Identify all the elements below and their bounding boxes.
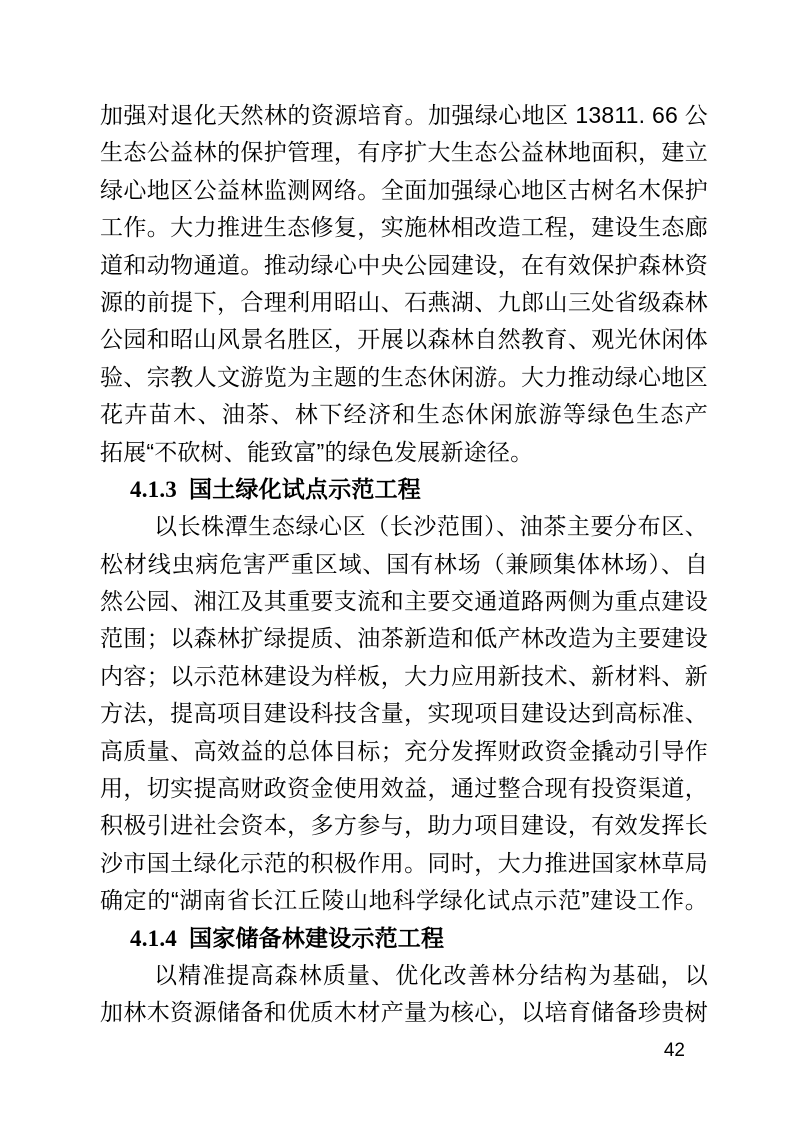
document-page: 加强对退化天然林的资源培育。加强绿心地区 13811. 66 公顷 生态公益林的… — [0, 0, 793, 1122]
text-line: 用，切实提高财政资金使用效益，通过整合现有投资渠道， — [100, 770, 708, 807]
text-line: 以长株潭生态绿心区（长沙范围）、油茶主要分布区、 — [100, 508, 708, 545]
heading-number: 4.1.4 — [130, 926, 177, 951]
text-line: 公园和昭山风景名胜区，开展以森林自然教育、观光休闲体 — [100, 321, 708, 358]
text-line: 道和动物通道。推动绿心中央公园建设，在有效保护森林资 — [100, 247, 708, 284]
text-line: 加林木资源储备和优质木材产量为核心，以培育储备珍贵树 — [100, 994, 708, 1031]
text-line: 沙市国土绿化示范的积极作用。同时，大力推进国家林草局 — [100, 845, 708, 882]
heading-number: 4.1.3 — [130, 477, 177, 502]
page-number: 42 — [560, 1040, 685, 1062]
text-line: 松材线虫病危害严重区域、国有林场（兼顾集体林场）、自 — [100, 546, 708, 583]
text-line: 范围；以森林扩绿提质、油茶新造和低产林改造为主要建设 — [100, 620, 708, 657]
text-line: 确定的“湖南省长江丘陵山地科学绿化试点示范”建设工作。 — [100, 882, 708, 919]
text-line: 加强对退化天然林的资源培育。加强绿心地区 13811. 66 公顷 — [100, 97, 708, 134]
text-line: 生态公益林的保护管理，有序扩大生态公益林地面积，建立 — [100, 134, 708, 171]
text-line: 方法，提高项目建设科技含量，实现项目建设达到高标准、 — [100, 695, 708, 732]
text-line: 高质量、高效益的总体目标；充分发挥财政资金撬动引导作 — [100, 733, 708, 770]
document-text: 加强对退化天然林的资源培育。加强绿心地区 13811. 66 公顷 生态公益林的… — [100, 97, 708, 1032]
heading-title: 国土绿化试点示范工程 — [189, 476, 421, 502]
heading-title: 国家储备林建设示范工程 — [189, 925, 444, 951]
text-line: 花卉苗木、油茶、林下经济和生态休闲旅游等绿色生态产业， — [100, 396, 708, 433]
section-heading-414: 4.1.4国家储备林建设示范工程 — [100, 920, 708, 957]
text-line: 内容；以示范林建设为样板，大力应用新技术、新材料、新 — [100, 658, 708, 695]
text-line: 源的前提下，合理利用昭山、石燕湖、九郎山三处省级森林 — [100, 284, 708, 321]
text-line: 工作。大力推进生态修复，实施林相改造工程，建设生态廊 — [100, 209, 708, 246]
text-line: 然公园、湘江及其重要支流和主要交通道路两侧为重点建设 — [100, 583, 708, 620]
text-line: 积极引进社会资本，多方参与，助力项目建设，有效发挥长 — [100, 807, 708, 844]
text-line: 验、宗教人文游览为主题的生态休闲游。大力推动绿心地区 — [100, 359, 708, 396]
section-heading-413: 4.1.3国土绿化试点示范工程 — [100, 471, 708, 508]
text-line: 以精准提高森林质量、优化改善林分结构为基础，以增 — [100, 957, 708, 994]
text-line: 绿心地区公益林监测网络。全面加强绿心地区古树名木保护 — [100, 172, 708, 209]
text-line: 拓展“不砍树、能致富”的绿色发展新途径。 — [100, 434, 708, 471]
